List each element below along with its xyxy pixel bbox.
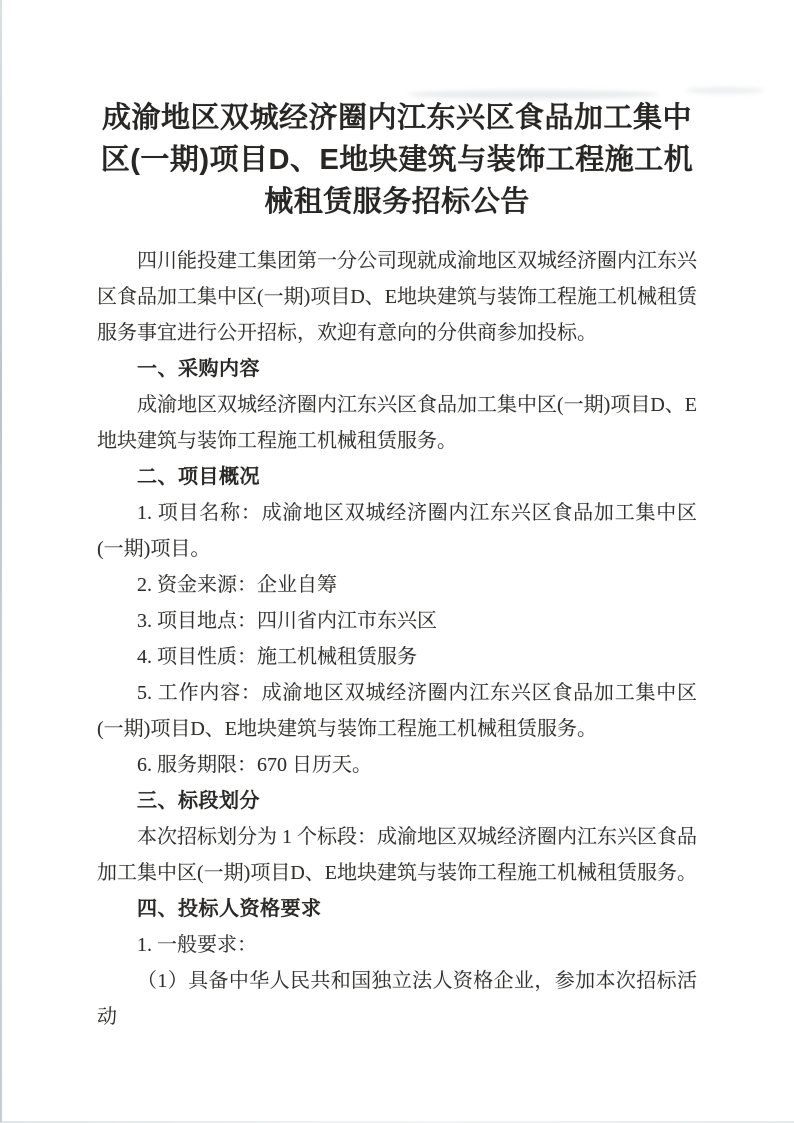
service-period-item: 6. 服务期限：670 日历天。: [97, 747, 697, 783]
project-name-item: 1. 项目名称：成渝地区双城经济圈内江东兴区食品加工集中区(一期)项目。: [97, 495, 697, 567]
scanned-document-page: 成渝地区双城经济圈内江东兴区食品加工集中区(一期)项目D、E地块建筑与装饰工程施…: [0, 0, 794, 1123]
section-paragraph: 成渝地区双城经济圈内江东兴区食品加工集中区(一期)项目D、E地块建筑与装饰工程施…: [97, 387, 697, 459]
section-paragraph: 本次招标划分为 1 个标段：成渝地区双城经济圈内江东兴区食品加工集中区(一期)项…: [97, 819, 697, 891]
work-content-item: 5. 工作内容：成渝地区双城经济圈内江东兴区食品加工集中区(一期)项目D、E地块…: [97, 675, 697, 747]
project-nature-item: 4. 项目性质：施工机械租赁服务: [97, 639, 697, 675]
intro-paragraph: 四川能投建工集团第一分公司现就成渝地区双城经济圈内江东兴区食品加工集中区(一期)…: [97, 243, 697, 351]
section-heading-procurement-content: 一、采购内容: [97, 351, 697, 387]
general-requirements-item: 1. 一般要求：: [97, 927, 697, 963]
project-location-item: 3. 项目地点：四川省内江市东兴区: [97, 603, 697, 639]
section-heading-bid-sections: 三、标段划分: [97, 783, 697, 819]
funding-source-item: 2. 资金来源：企业自筹: [97, 567, 697, 603]
scan-smudge-artifact: [686, 87, 764, 94]
document-title: 成渝地区双城经济圈内江东兴区食品加工集中区(一期)项目D、E地块建筑与装饰工程施…: [97, 97, 697, 223]
qualification-requirement-item: （1）具备中华人民共和国独立法人资格企业，参加本次招标活动: [97, 963, 697, 1035]
scan-edge-left-artifact: [0, 0, 2, 1123]
section-heading-project-overview: 二、项目概况: [97, 459, 697, 495]
scan-smudge-artifact: [408, 90, 658, 99]
section-heading-bidder-qualifications: 四、投标人资格要求: [97, 891, 697, 927]
